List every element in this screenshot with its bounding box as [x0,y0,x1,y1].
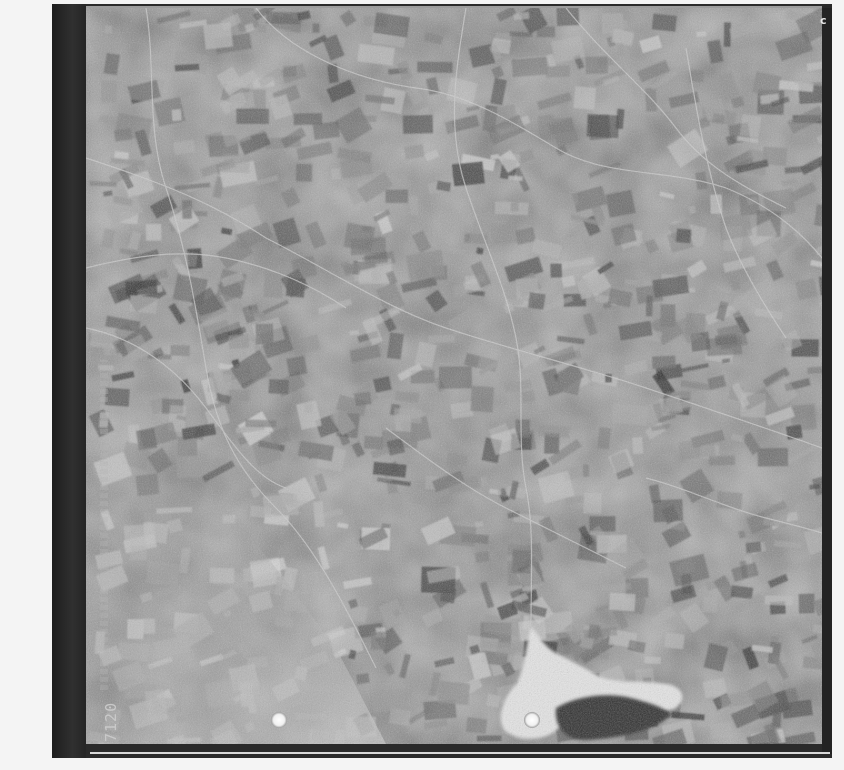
corner-mark: c [820,14,827,27]
margin-annotation-faded [100,360,108,690]
film-edge [52,4,86,758]
fiducial-mark-lake [524,712,540,728]
frame-right-edge [822,8,832,754]
fiducial-mark-left [271,712,287,728]
aerial-photograph [86,8,822,744]
aerial-photo-canvas [86,8,822,744]
frame-number-label: 7120 [102,702,120,742]
frame-bottom-edge [90,752,830,754]
